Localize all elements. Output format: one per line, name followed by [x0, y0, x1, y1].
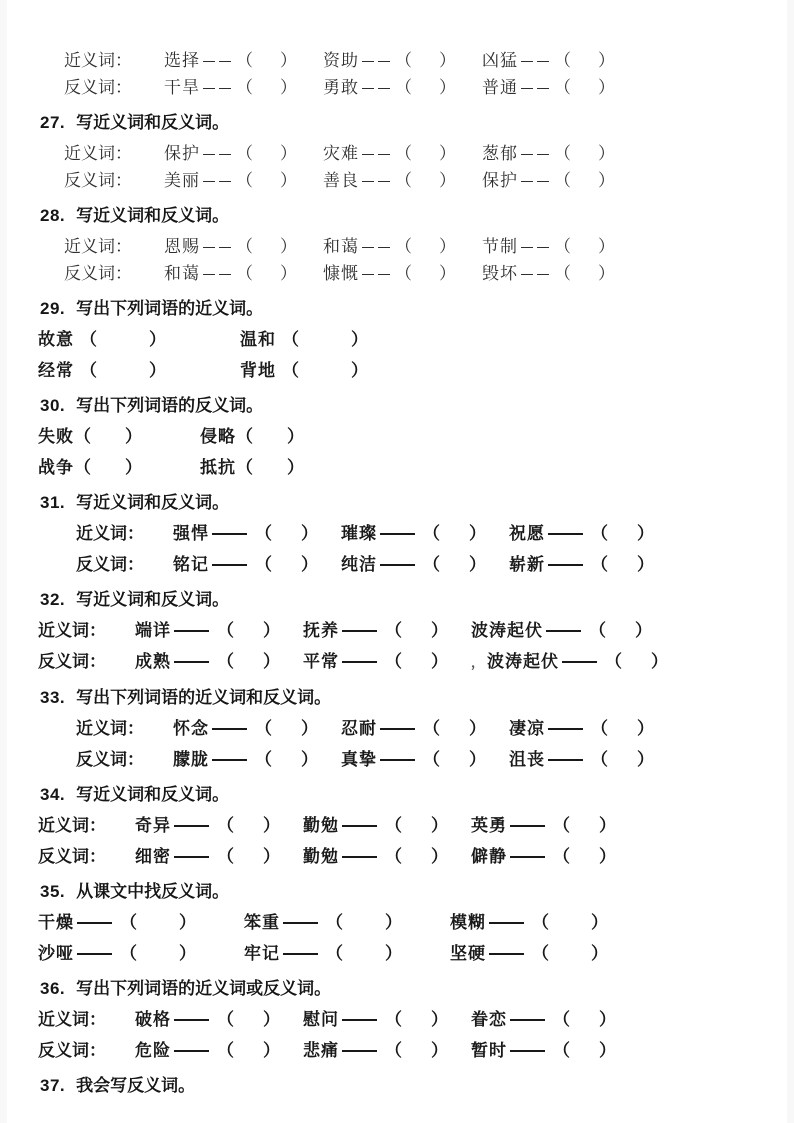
bracket-open: （: [532, 912, 549, 934]
bracket-open: （: [554, 236, 571, 258]
line-label: 反义词：: [38, 846, 106, 868]
answer-blank: [571, 251, 598, 252]
bracket-close: ）: [280, 77, 297, 99]
em-dash: [548, 537, 583, 539]
prompt-word: 恩赐: [164, 236, 200, 258]
bracket-open: （: [236, 143, 253, 165]
line-label: 近义词：: [76, 523, 144, 545]
worksheet-page: 近义词：选择（）资助（）凶猛（）反义词：干旱（）勇敢（）普通（）27.写近义词和…: [0, 0, 794, 1123]
em-dash: [562, 665, 597, 667]
line-label: 反义词：: [76, 554, 144, 576]
double-dash: [362, 92, 390, 93]
word-line: 反义词：危险（）悲痛（）暂时（）: [38, 1040, 794, 1062]
double-dash: [362, 251, 390, 252]
answer-blank: [570, 830, 599, 831]
answer-blank: [402, 635, 431, 636]
double-dash: [521, 92, 549, 93]
em-dash: [380, 763, 415, 765]
prompt-word: 忍耐: [341, 718, 377, 740]
bracket-open: （: [554, 143, 571, 165]
answer-blank: [97, 375, 149, 376]
word-line: 反义词：美丽（）善良（）保护（）: [64, 170, 794, 192]
answer-blank: [402, 861, 431, 862]
prompt-word: 美丽: [164, 170, 200, 192]
bracket-open: （: [423, 554, 440, 576]
bracket-close: ）: [591, 912, 608, 934]
question-title: 我会写反义词。: [76, 1076, 195, 1095]
bracket-close: ）: [431, 815, 448, 837]
answer-blank: [272, 764, 301, 765]
prompt-word: 凶猛: [482, 50, 518, 72]
question-header: 36.写出下列词语的近义词或反义词。: [40, 978, 794, 1000]
prompt-word: 牢记: [244, 943, 280, 965]
bracket-close: ）: [439, 263, 456, 285]
bracket-open: （: [282, 329, 299, 351]
double-dash: [362, 185, 390, 186]
prompt-word: 背地: [240, 360, 276, 382]
em-dash: [489, 957, 524, 959]
word-blank-pair: 温和（）: [240, 329, 368, 351]
bracket-close: ）: [351, 360, 368, 382]
answer-blank: [412, 185, 439, 186]
word-blank-pair: 朦胧（）: [173, 749, 318, 771]
em-dash: [342, 829, 377, 831]
bracket-open: （: [120, 943, 137, 965]
answer-blank: [234, 861, 263, 862]
bracket-open: （: [217, 846, 234, 868]
line-label: 近义词：: [38, 815, 106, 837]
bracket-open: （: [591, 718, 608, 740]
double-dash: [203, 65, 231, 66]
bracket-open: （: [395, 170, 412, 192]
page-right-edge: [787, 0, 794, 1123]
word-blank-pair: 模糊（）: [450, 912, 608, 934]
bracket-open: （: [255, 523, 272, 545]
answer-blank: [412, 251, 439, 252]
answer-blank: [622, 666, 651, 667]
answer-blank: [97, 344, 149, 345]
double-dash: [521, 251, 549, 252]
em-dash: [380, 537, 415, 539]
word-line: 反义词：细密（）勤勉（）僻静（）: [38, 846, 794, 868]
bracket-close: ）: [591, 943, 608, 965]
bracket-close: ）: [651, 651, 668, 673]
answer-blank: [608, 733, 637, 734]
prompt-word: 坚硬: [450, 943, 486, 965]
answer-blank: [253, 251, 280, 252]
answer-blank: [402, 1055, 431, 1056]
prompt-word: 经常: [38, 360, 74, 382]
word-blank-pair: 僻静（）: [471, 846, 616, 868]
prompt-word: 怀念: [173, 718, 209, 740]
word-blank-pair: 凄凉（）: [509, 718, 654, 740]
line-label: 近义词：: [64, 50, 132, 72]
word-blank-pair: 眷恋（）: [471, 1009, 616, 1031]
bracket-close: ）: [598, 77, 615, 99]
word-blank-pair: 纯洁（）: [341, 554, 486, 576]
em-dash: [548, 763, 583, 765]
bracket-close: ）: [637, 523, 654, 545]
answer-blank: [299, 344, 351, 345]
answer-blank: [402, 666, 431, 667]
double-dash: [203, 251, 231, 252]
word-line: 沙哑（）牢记（）坚硬（）: [38, 943, 794, 965]
prompt-word: 沮丧: [509, 749, 545, 771]
answer-blank: [253, 185, 280, 186]
prompt-word: 温和: [240, 329, 276, 351]
em-dash: [342, 665, 377, 667]
question-header: 30.写出下列词语的反义词。: [40, 395, 794, 417]
prompt-word: 危险: [135, 1040, 171, 1062]
bracket-close: ）: [469, 718, 486, 740]
bracket-close: ）: [431, 620, 448, 642]
prompt-word: 璀璨: [341, 523, 377, 545]
double-dash: [203, 185, 231, 186]
answer-blank: [549, 927, 591, 928]
bracket-open: （: [255, 749, 272, 771]
bracket-open: （: [385, 1009, 402, 1031]
answer-blank: [137, 927, 179, 928]
question-header: 33.写出下列词语的近义词和反义词。: [40, 687, 794, 709]
word-blank-pair: 端详（）: [135, 620, 280, 642]
em-dash: [174, 860, 209, 862]
prompt-word: 模糊: [450, 912, 486, 934]
word-blank-pair: 战争（）: [38, 457, 142, 479]
answer-blank: [440, 569, 469, 570]
word-blank-pair: 毁坏（）: [482, 263, 615, 285]
prompt-word: 波涛起伏: [471, 620, 543, 642]
bracket-close: ）: [598, 236, 615, 258]
answer-blank: [234, 830, 263, 831]
bracket-close: ）: [599, 1009, 616, 1031]
bracket-open: （: [553, 815, 570, 837]
answer-blank: [234, 635, 263, 636]
prompt-word: 失败: [38, 426, 74, 448]
question-header: 37.我会写反义词。: [40, 1075, 794, 1097]
question-title: 写出下列词语的近义词。: [76, 299, 263, 318]
prompt-word: 慰问: [303, 1009, 339, 1031]
bracket-open: （: [236, 426, 253, 448]
word-blank-pair: 细密（）: [135, 846, 280, 868]
word-blank-pair: 侵略（）: [200, 426, 304, 448]
word-blank-pair: 背地（）: [240, 360, 368, 382]
question-title: 写出下列词语的近义词和反义词。: [76, 688, 331, 707]
bracket-open: （: [385, 620, 402, 642]
prompt-word: 纯洁: [341, 554, 377, 576]
prompt-word: 细密: [135, 846, 171, 868]
answer-blank: [234, 666, 263, 667]
prompt-word: 勇敢: [323, 77, 359, 99]
bracket-close: ）: [287, 457, 304, 479]
bracket-close: ）: [637, 749, 654, 771]
question-title: 写近义词和反义词。: [76, 113, 229, 132]
bracket-open: （: [74, 426, 91, 448]
answer-blank: [343, 958, 385, 959]
em-dash: [212, 537, 247, 539]
word-blank-pair: 危险（）: [135, 1040, 280, 1062]
double-dash: [521, 65, 549, 66]
bracket-close: ）: [280, 236, 297, 258]
question-title: 写出下列词语的反义词。: [76, 396, 263, 415]
word-blank-pair: 普通（）: [482, 77, 615, 99]
word-blank-pair: 慰问（）: [303, 1009, 448, 1031]
word-line: 近义词：强悍（）璀璨（）祝愿（）: [76, 523, 794, 545]
word-line: 反义词：成熟（）平常（），波涛起伏（）: [38, 651, 794, 674]
bracket-open: （: [605, 651, 622, 673]
bracket-open: （: [255, 554, 272, 576]
em-dash: [342, 1023, 377, 1025]
word-blank-pair: 经常（）: [38, 360, 166, 382]
em-dash: [174, 1023, 209, 1025]
word-blank-pair: 善良（）: [323, 170, 456, 192]
question-number: 32.: [40, 589, 65, 611]
bracket-open: （: [217, 1009, 234, 1031]
answer-blank: [272, 733, 301, 734]
answer-blank: [343, 927, 385, 928]
double-dash: [203, 278, 231, 279]
bracket-close: ）: [598, 50, 615, 72]
word-line: 近义词：选择（）资助（）凶猛（）: [64, 50, 794, 72]
bracket-open: （: [395, 77, 412, 99]
em-dash: [174, 634, 209, 636]
answer-blank: [571, 92, 598, 93]
answer-blank: [253, 158, 280, 159]
word-blank-pair: 保护（）: [164, 143, 297, 165]
word-blank-pair: 奇异（）: [135, 815, 280, 837]
prompt-word: 善良: [323, 170, 359, 192]
word-blank-pair: 破格（）: [135, 1009, 280, 1031]
word-blank-pair: 怀念（）: [173, 718, 318, 740]
answer-blank: [440, 538, 469, 539]
bracket-close: ）: [280, 263, 297, 285]
answer-blank: [137, 958, 179, 959]
word-blank-pair: 慷慨（）: [323, 263, 456, 285]
word-blank-pair: 平常（）: [303, 651, 448, 673]
prompt-word: 铭记: [173, 554, 209, 576]
bracket-close: ）: [599, 815, 616, 837]
bracket-close: ）: [280, 170, 297, 192]
word-line: 近义词：恩赐（）和蔼（）节制（）: [64, 236, 794, 258]
word-line: 故意（）温和（）: [38, 329, 794, 351]
line-label: 反义词：: [38, 1040, 106, 1062]
bracket-open: （: [423, 718, 440, 740]
em-dash: [174, 1054, 209, 1056]
bracket-open: （: [395, 50, 412, 72]
bracket-close: ）: [263, 620, 280, 642]
word-blank-pair: 灾难（）: [323, 143, 456, 165]
answer-blank: [412, 92, 439, 93]
answer-blank: [606, 635, 635, 636]
prompt-word: 强悍: [173, 523, 209, 545]
bracket-open: （: [217, 1040, 234, 1062]
word-blank-pair: 成熟（）: [135, 651, 280, 673]
bracket-close: ）: [598, 143, 615, 165]
answer-blank: [253, 278, 280, 279]
answer-blank: [571, 65, 598, 66]
word-line: 干燥（）笨重（）模糊（）: [38, 912, 794, 934]
prompt-word: 凄凉: [509, 718, 545, 740]
bracket-close: ）: [469, 523, 486, 545]
bracket-open: （: [326, 912, 343, 934]
question-header: 34.写近义词和反义词。: [40, 784, 794, 806]
answer-blank: [272, 538, 301, 539]
word-blank-pair: 抚养（）: [303, 620, 448, 642]
word-blank-pair: 璀璨（）: [341, 523, 486, 545]
prompt-word: 战争: [38, 457, 74, 479]
question-number: 28.: [40, 205, 65, 227]
bracket-close: ）: [351, 329, 368, 351]
word-line: 反义词：铭记（）纯洁（）崭新（）: [76, 554, 794, 576]
prompt-word: 保护: [482, 170, 518, 192]
prompt-word: 葱郁: [482, 143, 518, 165]
bracket-open: （: [236, 170, 253, 192]
prompt-word: 悲痛: [303, 1040, 339, 1062]
answer-blank: [608, 764, 637, 765]
answer-blank: [91, 441, 125, 442]
bracket-open: （: [236, 50, 253, 72]
word-line: 经常（）背地（）: [38, 360, 794, 382]
line-label: 反义词：: [64, 263, 132, 285]
bracket-open: （: [395, 263, 412, 285]
double-dash: [362, 278, 390, 279]
word-blank-pair: 悲痛（）: [303, 1040, 448, 1062]
answer-blank: [91, 472, 125, 473]
bracket-close: ）: [263, 1040, 280, 1062]
em-dash: [212, 763, 247, 765]
question-number: 37.: [40, 1075, 65, 1097]
bracket-close: ）: [439, 236, 456, 258]
question-title: 写近义词和反义词。: [76, 206, 229, 225]
bracket-open: （: [554, 77, 571, 99]
question-number: 35.: [40, 881, 65, 903]
bracket-close: ）: [179, 912, 196, 934]
bracket-open: （: [554, 50, 571, 72]
answer-blank: [234, 1055, 263, 1056]
em-dash: [510, 829, 545, 831]
prompt-word: 故意: [38, 329, 74, 351]
answer-blank: [299, 375, 351, 376]
answer-blank: [440, 764, 469, 765]
answer-blank: [608, 538, 637, 539]
prompt-word: 波涛起伏: [487, 651, 559, 673]
bracket-open: （: [255, 718, 272, 740]
prompt-word: 毁坏: [482, 263, 518, 285]
word-blank-pair: 和蔼（）: [164, 263, 297, 285]
word-line: 近义词：保护（）灾难（）葱郁（）: [64, 143, 794, 165]
prompt-word: 勤勉: [303, 846, 339, 868]
line-label: 反义词：: [76, 749, 144, 771]
bracket-open: （: [532, 943, 549, 965]
em-dash: [212, 732, 247, 734]
prompt-word: 笨重: [244, 912, 280, 934]
bracket-open: （: [423, 749, 440, 771]
word-line: 反义词：朦胧（）真挚（）沮丧（）: [76, 749, 794, 771]
word-blank-pair: 勤勉（）: [303, 846, 448, 868]
double-dash: [362, 158, 390, 159]
bracket-close: ）: [439, 77, 456, 99]
double-dash: [362, 65, 390, 66]
question-header: 28.写近义词和反义词。: [40, 205, 794, 227]
word-blank-pair: 美丽（）: [164, 170, 297, 192]
bracket-close: ）: [125, 426, 142, 448]
em-dash: [342, 1054, 377, 1056]
question-number: 36.: [40, 978, 65, 1000]
question-number: 30.: [40, 395, 65, 417]
bracket-close: ）: [301, 718, 318, 740]
line-label: 反义词：: [38, 651, 106, 673]
answer-blank: [570, 1055, 599, 1056]
bracket-close: ）: [263, 846, 280, 868]
bracket-close: ）: [301, 523, 318, 545]
question-title: 写近义词和反义词。: [76, 590, 229, 609]
answer-blank: [549, 958, 591, 959]
bracket-close: ）: [301, 554, 318, 576]
word-blank-pair: 沮丧（）: [509, 749, 654, 771]
bracket-close: ）: [598, 170, 615, 192]
word-blank-pair: 资助（）: [323, 50, 456, 72]
word-blank-pair: 真挚（）: [341, 749, 486, 771]
bracket-open: （: [385, 846, 402, 868]
prompt-word: 选择: [164, 50, 200, 72]
bracket-open: （: [236, 236, 253, 258]
double-dash: [521, 185, 549, 186]
bracket-open: （: [553, 846, 570, 868]
bracket-close: ）: [263, 815, 280, 837]
stray-comma-mark: ，: [471, 652, 484, 674]
bracket-open: （: [74, 457, 91, 479]
double-dash: [203, 92, 231, 93]
bracket-close: ）: [149, 329, 166, 351]
prompt-word: 干燥: [38, 912, 74, 934]
word-line: 反义词：和蔼（）慷慨（）毁坏（）: [64, 263, 794, 285]
word-line: 近义词：破格（）慰问（）眷恋（）: [38, 1009, 794, 1031]
em-dash: [546, 634, 581, 636]
em-dash: [342, 860, 377, 862]
prompt-word: 节制: [482, 236, 518, 258]
page-left-edge: [0, 0, 7, 1123]
question-header: 31.写近义词和反义词。: [40, 492, 794, 514]
word-blank-pair: 故意（）: [38, 329, 166, 351]
word-blank-pair: 忍耐（）: [341, 718, 486, 740]
em-dash: [510, 860, 545, 862]
answer-blank: [412, 278, 439, 279]
question-title: 从课文中找反义词。: [76, 882, 229, 901]
answer-blank: [402, 830, 431, 831]
word-blank-pair: 葱郁（）: [482, 143, 615, 165]
bracket-open: （: [591, 749, 608, 771]
word-blank-pair: 沙哑（）: [38, 943, 196, 965]
prompt-word: 眷恋: [471, 1009, 507, 1031]
bracket-open: （: [395, 236, 412, 258]
bracket-open: （: [385, 1040, 402, 1062]
bracket-close: ）: [179, 943, 196, 965]
em-dash: [283, 957, 318, 959]
question-header: 35.从课文中找反义词。: [40, 881, 794, 903]
word-line: 失败（）侵略（）: [38, 426, 794, 448]
bracket-open: （: [395, 143, 412, 165]
word-blank-pair: 铭记（）: [173, 554, 318, 576]
bracket-open: （: [554, 170, 571, 192]
prompt-word: 成熟: [135, 651, 171, 673]
bracket-close: ）: [385, 912, 402, 934]
word-blank-pair: 暂时（）: [471, 1040, 616, 1062]
bracket-close: ）: [469, 554, 486, 576]
prompt-word: 僻静: [471, 846, 507, 868]
prompt-word: 英勇: [471, 815, 507, 837]
em-dash: [489, 926, 524, 928]
bracket-close: ）: [635, 620, 652, 642]
line-label: 反义词：: [64, 77, 132, 99]
